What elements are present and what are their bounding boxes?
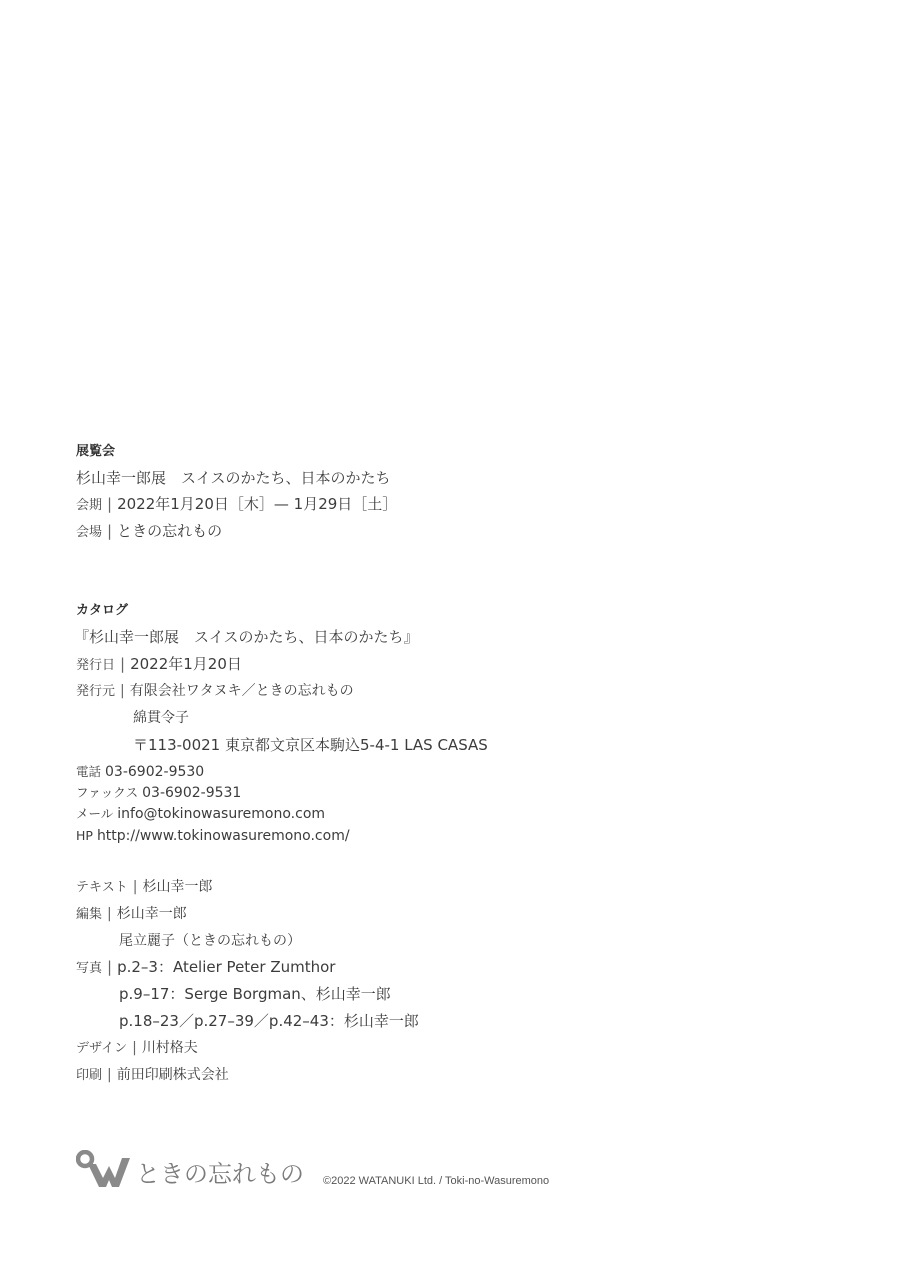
design-label: デザイン: [76, 1041, 127, 1056]
text-value: 杉山幸一郎: [142, 879, 212, 895]
catalog-heading: カタログ: [76, 604, 128, 617]
contact-fax: ファックス03-6902-9531: [76, 786, 241, 800]
print-label: 印刷: [76, 1068, 102, 1083]
separator: |: [120, 683, 125, 699]
phone-value: 03-6902-9530: [105, 764, 204, 780]
credit-text: テキスト|杉山幸一郎: [76, 880, 212, 894]
w-key-logo-icon: [76, 1150, 132, 1192]
fax-label: ファックス: [76, 785, 138, 800]
photo-label: 写真: [76, 961, 102, 976]
separator: |: [132, 1040, 137, 1056]
publisher-address: 〒113-0021 東京都文京区本駒込5-4-1 LAS CASAS: [133, 738, 488, 753]
logo-text: ときの忘れもの: [136, 1154, 304, 1189]
credit-edit: 編集|杉山幸一郎: [76, 907, 187, 921]
separator: |: [107, 906, 112, 922]
credit-print: 印刷|前田印刷株式会社: [76, 1068, 229, 1082]
edit-label: 編集: [76, 907, 102, 922]
catalog-publisher: 発行元|有限会社ワタヌキ／ときの忘れもの: [76, 684, 354, 698]
footer-logo: ときの忘れもの: [76, 1150, 304, 1192]
exhibition-period: 会期|2022年1月20日［木］— 1月29日［土］: [76, 497, 397, 512]
separator: |: [120, 655, 125, 673]
edit-value-1: 杉山幸一郎: [117, 906, 187, 922]
issue-date-label: 発行日: [76, 658, 115, 673]
design-value: 川村格夫: [142, 1040, 198, 1056]
hp-link[interactable]: http://www.tokinowasuremono.com/: [97, 828, 350, 844]
separator: |: [107, 958, 112, 976]
exhibition-title: 杉山幸一郎展 スイスのかたち、日本のかたち: [76, 471, 391, 486]
contact-email: メールinfo@tokinowasuremono.com: [76, 807, 325, 821]
venue-label: 会場: [76, 525, 102, 540]
photo-value-3: p.18–23／p.27–39／p.42–43：杉山幸一郎: [119, 1014, 419, 1029]
catalog-title: 『杉山幸一郎展 スイスのかたち、日本のかたち』: [74, 630, 419, 645]
contact-hp: HPhttp://www.tokinowasuremono.com/: [76, 829, 350, 843]
credit-design: デザイン|川村格夫: [76, 1041, 198, 1055]
phone-label: 電話: [76, 764, 101, 779]
exhibition-venue: 会場|ときの忘れもの: [76, 524, 222, 539]
separator: |: [107, 1067, 112, 1083]
edit-value-2: 尾立麗子（ときの忘れもの）: [119, 934, 301, 948]
hp-label: HP: [76, 828, 93, 843]
publisher-person: 綿貫令子: [133, 711, 189, 725]
publisher-value: 有限会社ワタヌキ／ときの忘れもの: [130, 683, 354, 699]
email-label: メール: [76, 806, 113, 821]
text-label: テキスト: [76, 880, 128, 895]
issue-date-value: 2022年1月20日: [130, 655, 242, 673]
photo-value-1: p.2–3：Atelier Peter Zumthor: [117, 958, 335, 976]
copyright: ©2022 WATANUKI Ltd. / Toki-no-Wasuremono: [323, 1175, 549, 1187]
exhibition-heading: 展覧会: [76, 445, 115, 458]
catalog-issue-date: 発行日|2022年1月20日: [76, 657, 242, 672]
period-label: 会期: [76, 498, 102, 513]
period-value: 2022年1月20日［木］— 1月29日［土］: [117, 495, 397, 513]
contact-phone: 電話03-6902-9530: [76, 765, 204, 779]
separator: |: [107, 495, 112, 513]
separator: |: [133, 879, 138, 895]
credit-photo: 写真|p.2–3：Atelier Peter Zumthor: [76, 960, 335, 975]
venue-value: ときの忘れもの: [117, 522, 222, 540]
separator: |: [107, 522, 112, 540]
publisher-label: 発行元: [76, 684, 115, 699]
photo-value-2: p.9–17：Serge Borgman、杉山幸一郎: [119, 987, 391, 1002]
fax-value: 03-6902-9531: [142, 785, 241, 801]
email-value[interactable]: info@tokinowasuremono.com: [117, 806, 325, 822]
print-value: 前田印刷株式会社: [117, 1067, 229, 1083]
